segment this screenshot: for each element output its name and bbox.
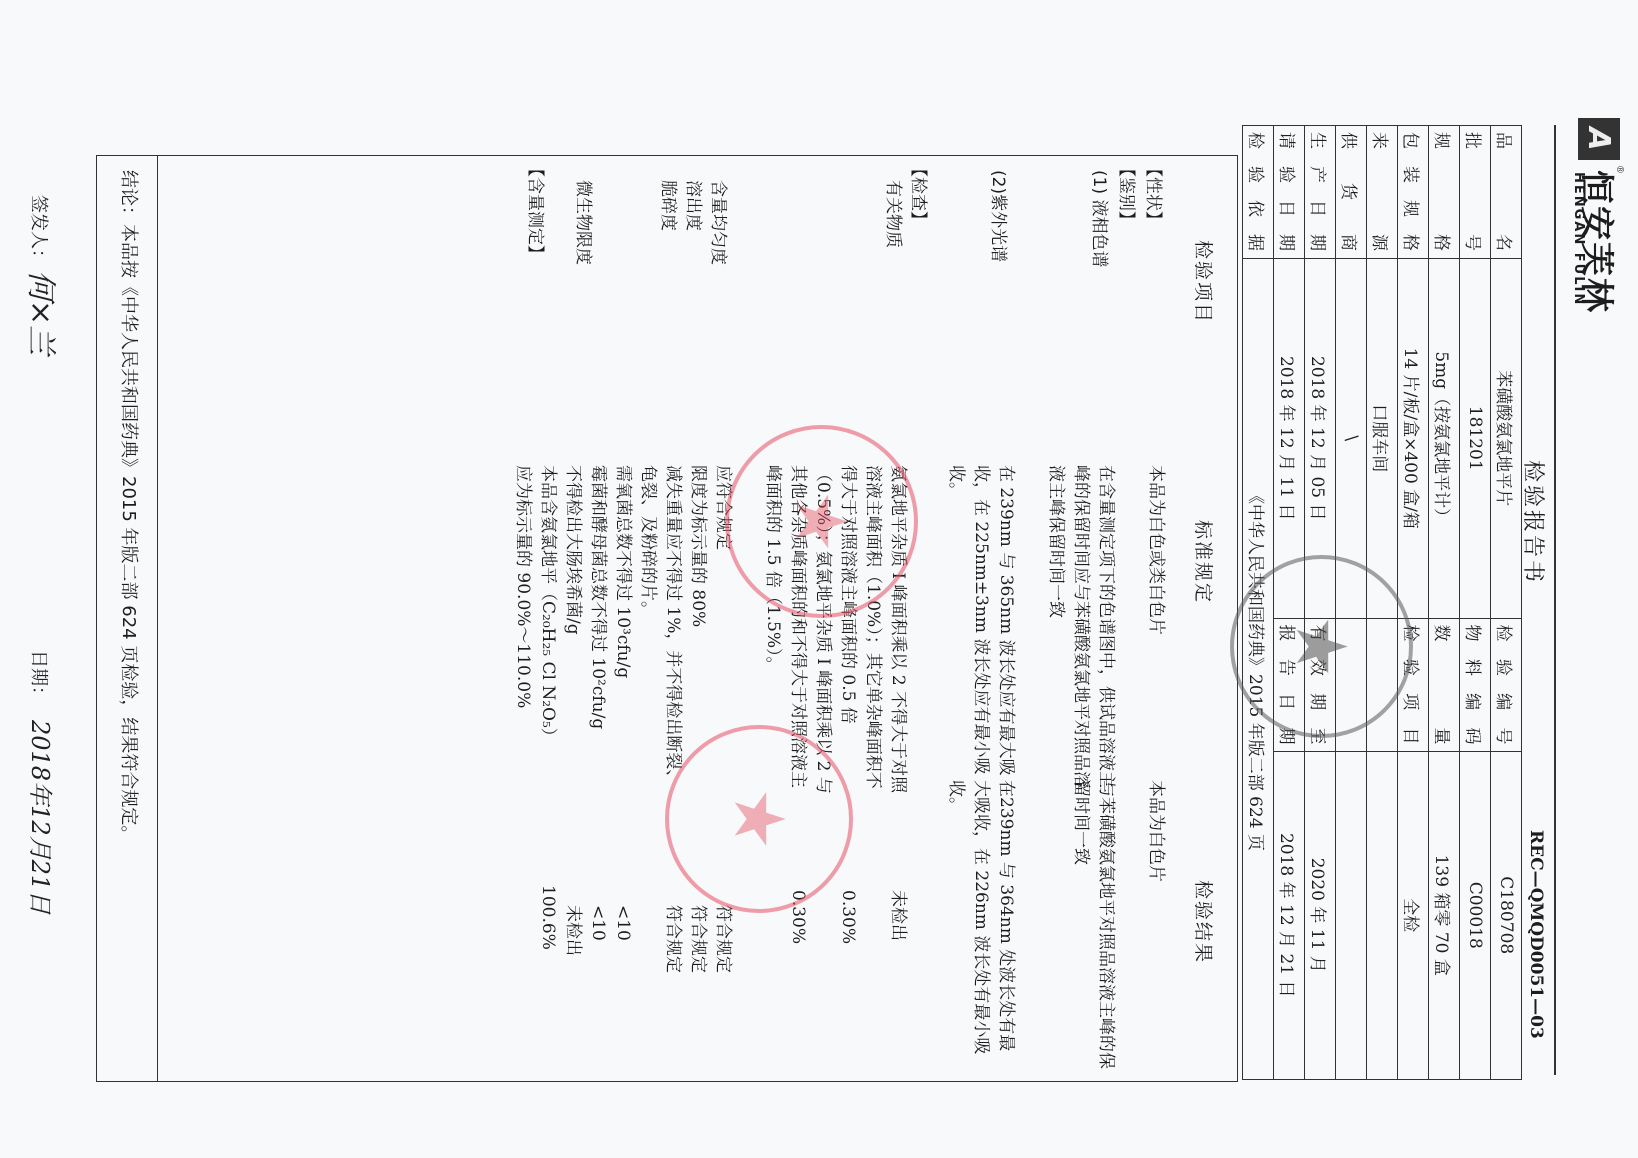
friability-standard: 减失重量应不得过 1%，并不得检出断裂、龟裂、及粉碎的片。 [635, 465, 685, 800]
info-label: 来 源 [1367, 126, 1398, 259]
content-uniformity-label: 含量均匀度 [708, 180, 733, 265]
appearance-result: 本品为白色片 [1143, 780, 1168, 882]
assay-result: 100.6% [535, 885, 560, 950]
hplc-label: (1) 液相色谱 [1089, 170, 1114, 267]
info-value: C180708 [1491, 751, 1522, 1079]
info-value: 口服车间 [1367, 259, 1398, 619]
date-label: 日期： [27, 650, 53, 704]
conclusion-text: 结论：本品按《中华人民共和国药典》2015 年版二部 624 页检验，结果符合规… [117, 170, 143, 843]
info-label: 物料编码 [1460, 618, 1491, 751]
microbial-standard-3: 不得检出大肠埃希菌/g [560, 465, 585, 800]
info-label: 数 量 [1429, 618, 1460, 751]
uv-standard: 在 239nm 与 365nm 波长处应有最大吸收，在 225nm±3nm 波长… [943, 465, 1018, 800]
related-substances-result-2: 0.30% [835, 890, 860, 944]
info-row: 生产日期2018 年 12 月 05 日有效期至2020 年 11 月 [1305, 126, 1336, 1080]
info-row: 检验依据《中华人民共和国药典》2015 年版二部 624 页 [1243, 126, 1274, 1080]
related-substances-result-1: 未检出 [885, 890, 910, 941]
info-label [1367, 618, 1398, 751]
handwritten-date: 2018年12月21日 [25, 720, 60, 914]
info-row: 供货商\ [1336, 126, 1367, 1080]
microbial-result-2: <10 [585, 905, 610, 941]
info-label: 检验依据 [1243, 126, 1274, 259]
info-value [1336, 751, 1367, 1079]
section-assay-heading: 【含量测定】 [525, 160, 550, 262]
info-label: 报告日期 [1274, 618, 1305, 751]
info-label: 品 名 [1491, 126, 1522, 259]
related-substances-result-3: 0.30% [785, 890, 810, 944]
inspection-report-page: A ® 恒安芙林 HENGAN FULIN 检验报告书 REC—QMQD0051… [0, 0, 1638, 1158]
info-value: C00018 [1460, 751, 1491, 1079]
info-value: 14 片/板/盒×400 盒/箱 [1398, 259, 1429, 619]
info-label: 生产日期 [1305, 126, 1336, 259]
document-title: 检验报告书 [1519, 460, 1550, 585]
section-identification-heading: 【鉴别】 [1116, 160, 1141, 228]
info-value: 2020 年 11 月 [1305, 751, 1336, 1079]
info-value: 全检 [1398, 751, 1429, 1079]
info-row: 来 源口服车间 [1367, 126, 1398, 1080]
info-label: 规 格 [1429, 126, 1460, 259]
microbial-result-1: <10 [610, 905, 635, 941]
microbial-limit-label: 微生物限度 [573, 180, 598, 265]
info-label: 供货商 [1336, 126, 1367, 259]
info-value: 2018 年 12 月 11 日 [1274, 259, 1305, 619]
column-header-standard: 标准规定 [1191, 520, 1218, 604]
column-header-result: 检验结果 [1191, 880, 1218, 964]
microbial-standard-1: 需氧菌总数不得过 10³cfu/g [610, 465, 635, 800]
column-header-item: 检验项目 [1191, 240, 1218, 324]
dissolution-result: 符合规定 [685, 905, 710, 973]
info-value: 5mg（按氨氯地平计） [1429, 259, 1460, 619]
friability-result: 符合规定 [660, 905, 685, 973]
info-label: 请验日期 [1274, 126, 1305, 259]
assay-standard-2: 应为标示量的 90.0%～110.0% [510, 465, 535, 825]
section-appearance-heading: 【性状】 [1143, 160, 1168, 228]
info-value: 苯磺酸氨氯地平片 [1491, 259, 1522, 619]
info-label: 检验编号 [1491, 618, 1522, 751]
info-row: 批 号181201物料编码C00018 [1460, 126, 1491, 1080]
document-code: REC—QMQD0051—03 [1526, 830, 1546, 1039]
section-tests-heading: 【检查】 [908, 160, 933, 228]
uv-result: 在239nm 与 364nm 处波长处有最大吸收，在 226nm 波长处有最小吸… [943, 780, 1018, 1060]
info-label: 有效期至 [1305, 618, 1336, 751]
microbial-standard-2: 霉菌和酵母菌总数不得过 10²cfu/g [585, 465, 610, 800]
info-row: 规 格5mg（按氨氯地平计）数 量139 箱零 70 盒 [1429, 126, 1460, 1080]
info-value: \ [1336, 259, 1367, 619]
related-substances-label: 有关物质 [883, 180, 908, 248]
company-logo: A [1578, 118, 1620, 160]
signer-signature: 何×兰 [22, 270, 66, 355]
microbial-result-3: 未检出 [560, 905, 585, 956]
info-row: 请验日期2018 年 12 月 11 日报告日期2018 年 12 月 21 日 [1274, 126, 1305, 1080]
info-label: 包装规格 [1398, 126, 1429, 259]
dissolution-label: 溶出度 [683, 180, 708, 231]
info-label: 检验项目 [1398, 618, 1429, 751]
info-value: 139 箱零 70 盒 [1429, 751, 1460, 1079]
hplc-result: 与苯磺酸氨氯地平对照品溶液主峰的保留时间一致 [1068, 780, 1118, 1070]
info-value [1367, 751, 1398, 1079]
info-value: 《中华人民共和国药典》2015 年版二部 624 页 [1243, 259, 1274, 1080]
info-label: 批 号 [1460, 126, 1491, 259]
signer-label: 签发人： [27, 195, 53, 267]
info-value: 181201 [1460, 259, 1491, 619]
brand-name-en: HENGAN FULIN [1571, 172, 1586, 306]
info-row: 包装规格14 片/板/盒×400 盒/箱检验项目全检 [1398, 126, 1429, 1080]
content-uniformity-result: 符合规定 [710, 905, 735, 973]
info-label [1336, 618, 1367, 751]
assay-standard-1: 本品含氨氯地平（C₂₀H₂₅ Cl N₂O₅） [535, 465, 560, 825]
product-info-table: 品 名苯磺酸氨氯地平片检验编号C180708批 号181201物料编码C0001… [1242, 125, 1522, 1080]
info-value: 2018 年 12 月 05 日 [1305, 259, 1336, 619]
dissolution-standard: 限度为标示量的 80% [685, 465, 710, 800]
appearance-standard: 本品为白色或类白色片 [1143, 465, 1168, 800]
related-substances-standard: 氨氯地平杂质 I 峰面积乘以 2 不得大于对照溶液主峰面积（1.0%）；其它单杂… [760, 465, 910, 800]
uv-label: (2)紫外光谱 [988, 170, 1013, 262]
info-value: 2018 年 12 月 21 日 [1274, 751, 1305, 1079]
friability-label: 脆碎度 [658, 180, 683, 231]
content-uniformity-standard: 应符合规定 [710, 465, 735, 800]
info-row: 品 名苯磺酸氨氯地平片检验编号C180708 [1491, 126, 1522, 1080]
header-divider [1554, 125, 1556, 1075]
hplc-standard: 在含量测定项下的色谱图中，供试品溶液主峰的保留时间应与苯磺酸氨氯地平对照品溶液主… [1043, 465, 1118, 800]
